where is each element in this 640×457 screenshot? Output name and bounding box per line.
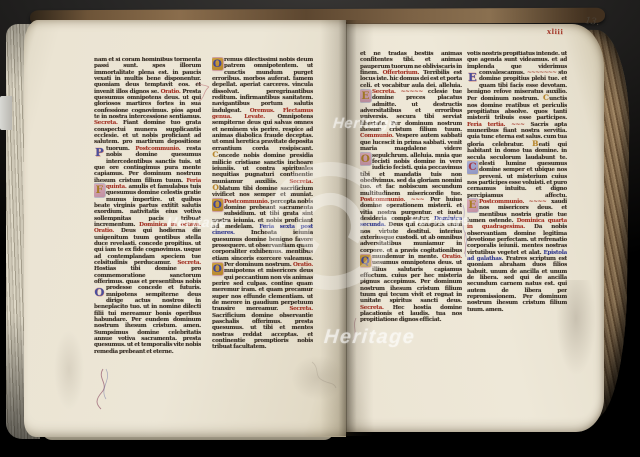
- manuscript-photo: nam et si coram hominibus tormenta passi…: [0, 0, 640, 457]
- book-gutter-line: [346, 22, 347, 434]
- page-stack-tab: [0, 96, 12, 130]
- folio-numeral: xliii: [547, 27, 564, 37]
- text-column-4: votis nostris propitiatus intende. ut qu…: [467, 51, 567, 353]
- folio-number: 13.: [584, 16, 600, 28]
- text-column-3: et ne tradas bestiis animas confitentes …: [360, 51, 462, 352]
- text-column-2: Oremus dilectissimi nobis deum patrem om…: [212, 57, 313, 355]
- text-column-1: nam et si coram hominibus tormenta passi…: [94, 57, 201, 370]
